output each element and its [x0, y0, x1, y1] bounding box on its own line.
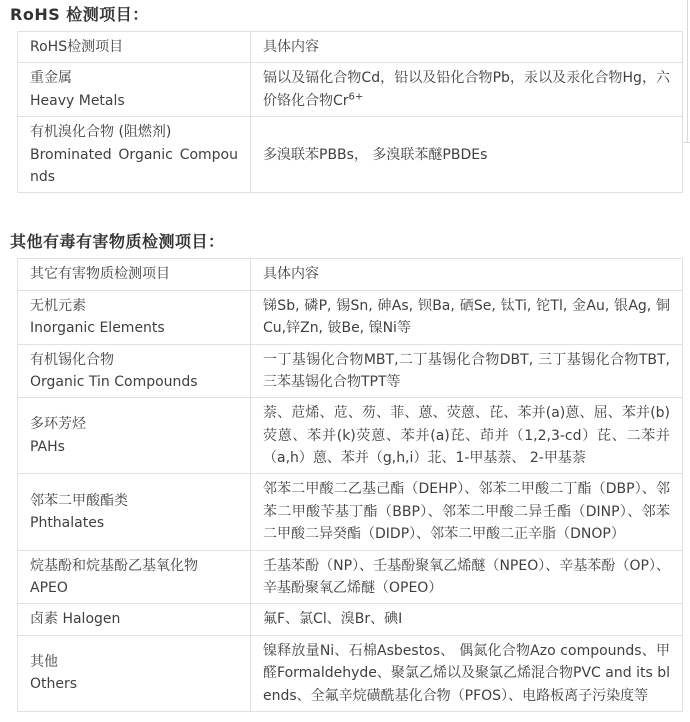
right-edge-divider-tick [682, 142, 690, 143]
item-name-cell: 卤素 Halogen [18, 604, 251, 635]
item-content: 镉以及镉化合物Cd，铅以及铅化合物Pb，汞以及汞化合物Hg，六价铬化合物Cr [263, 70, 670, 108]
table-row: 多环芳烃 PAHs 萘、苊烯、苊、芴、菲、蒽、荧蒽、芘、苯并(a)蒽、屈、苯并(… [18, 398, 683, 474]
table-row: 其他 Others 镍释放量Ni、石棉Asbestos、 偶氮化合物Azo co… [18, 635, 683, 711]
superscript: 6+ [349, 91, 364, 102]
header-cell-item: 其它有害物质检测项目 [18, 259, 251, 290]
other-items-table: 其它有害物质检测项目 具体内容 无机元素 Inorganic Elements … [17, 258, 683, 712]
item-name-cell: 邻苯二甲酸酯类 Phthalates [18, 474, 251, 550]
item-content-cell: 萘、苊烯、苊、芴、菲、蒽、荧蒽、芘、苯并(a)蒽、屈、苯并(b)荧蒽、苯并(k)… [251, 398, 683, 474]
header-cell-content: 具体内容 [251, 32, 683, 63]
table-row: 有机锡化合物 Organic Tin Compounds 一丁基锡化合物MBT,… [18, 344, 683, 398]
item-name-zh: 有机锡化合物 [30, 349, 238, 371]
item-content-cell: 氟F、氯Cl、溴Br、碘I [251, 604, 683, 635]
item-name-cell: 有机锡化合物 Organic Tin Compounds [18, 344, 251, 398]
rohs-items-table: RoHS检测项目 具体内容 重金属 Heavy Metals 镉以及镉化合物Cd… [17, 31, 683, 193]
table-header-row: 其它有害物质检测项目 具体内容 [18, 259, 683, 290]
item-name-en: Brominated Organic Compounds [30, 144, 238, 189]
item-content-cell: 镍释放量Ni、石棉Asbestos、 偶氮化合物Azo compounds、甲醛… [251, 635, 683, 711]
header-cell-content: 具体内容 [251, 259, 683, 290]
item-name-zh: 邻苯二甲酸酯类 [30, 490, 238, 512]
item-name-en: Others [30, 673, 238, 695]
item-name-zh: 有机溴化合物 (阻燃剂) [30, 121, 238, 143]
table-row: 有机溴化合物 (阻燃剂) Brominated Organic Compound… [18, 117, 683, 193]
item-name-zh: 卤素 Halogen [30, 608, 238, 630]
item-content-cell: 镉以及镉化合物Cd，铅以及铅化合物Pb，汞以及汞化合物Hg，六价铬化合物Cr6+ [251, 63, 683, 117]
item-name-en: PAHs [30, 436, 238, 458]
item-name-en: Phthalates [30, 512, 238, 534]
item-name-cell: 烷基酚和烷基酚乙基氧化物 APEO [18, 550, 251, 604]
item-name-en: APEO [30, 577, 238, 599]
item-name-zh: 重金属 [30, 67, 238, 89]
item-name-cell: 无机元素 Inorganic Elements [18, 290, 251, 344]
item-name-cell: 其他 Others [18, 635, 251, 711]
table-row: 重金属 Heavy Metals 镉以及镉化合物Cd，铅以及铅化合物Pb，汞以及… [18, 63, 683, 117]
item-content-cell: 一丁基锡化合物MBT,二丁基锡化合物DBT, 三丁基锡化合物TBT, 三苯基锡化… [251, 344, 683, 398]
item-name-zh: 无机元素 [30, 295, 238, 317]
item-name-cell: 多环芳烃 PAHs [18, 398, 251, 474]
item-name-zh: 烷基酚和烷基酚乙基氧化物 [30, 555, 238, 577]
item-name-en: Organic Tin Compounds [30, 371, 238, 393]
item-name-zh: 其他 [30, 651, 238, 673]
header-cell-item: RoHS检测项目 [18, 32, 251, 63]
table-header-row: RoHS检测项目 具体内容 [18, 32, 683, 63]
item-name-cell: 有机溴化合物 (阻燃剂) Brominated Organic Compound… [18, 117, 251, 193]
table-row: 邻苯二甲酸酯类 Phthalates 邻苯二甲酸二乙基己酯（DEHP）、邻苯二甲… [18, 474, 683, 550]
right-edge-divider [687, 0, 688, 142]
item-content-cell: 多溴联苯PBBs， 多溴联苯醚PBDEs [251, 117, 683, 193]
item-content-cell: 壬基苯酚（NP）、壬基酚聚氧乙烯醚（NPEO）、辛基苯酚（OP）、辛基酚聚氧乙烯… [251, 550, 683, 604]
table-row: 无机元素 Inorganic Elements 锑Sb, 磷P, 锡Sn, 砷A… [18, 290, 683, 344]
table-row: 烷基酚和烷基酚乙基氧化物 APEO 壬基苯酚（NP）、壬基酚聚氧乙烯醚（NPEO… [18, 550, 683, 604]
item-name-cell: 重金属 Heavy Metals [18, 63, 251, 117]
item-content-cell: 邻苯二甲酸二乙基己酯（DEHP）、邻苯二甲酸二丁酯（DBP）、邻苯二甲酸苄基丁酯… [251, 474, 683, 550]
item-name-en: Inorganic Elements [30, 317, 238, 339]
other-section-title: 其他有毒有害物质检测项目： [10, 232, 683, 251]
content-page: RoHS 检测项目： RoHS检测项目 具体内容 重金属 Heavy Metal… [0, 0, 690, 712]
item-content-cell: 锑Sb, 磷P, 锡Sn, 砷As, 钡Ba, 硒Se, 钛Ti, 铊Tl, 金… [251, 290, 683, 344]
rohs-section-title: RoHS 检测项目： [10, 5, 683, 24]
item-name-zh: 多环芳烃 [30, 413, 238, 435]
item-name-en: Heavy Metals [30, 90, 238, 112]
table-row: 卤素 Halogen 氟F、氯Cl、溴Br、碘I [18, 604, 683, 635]
